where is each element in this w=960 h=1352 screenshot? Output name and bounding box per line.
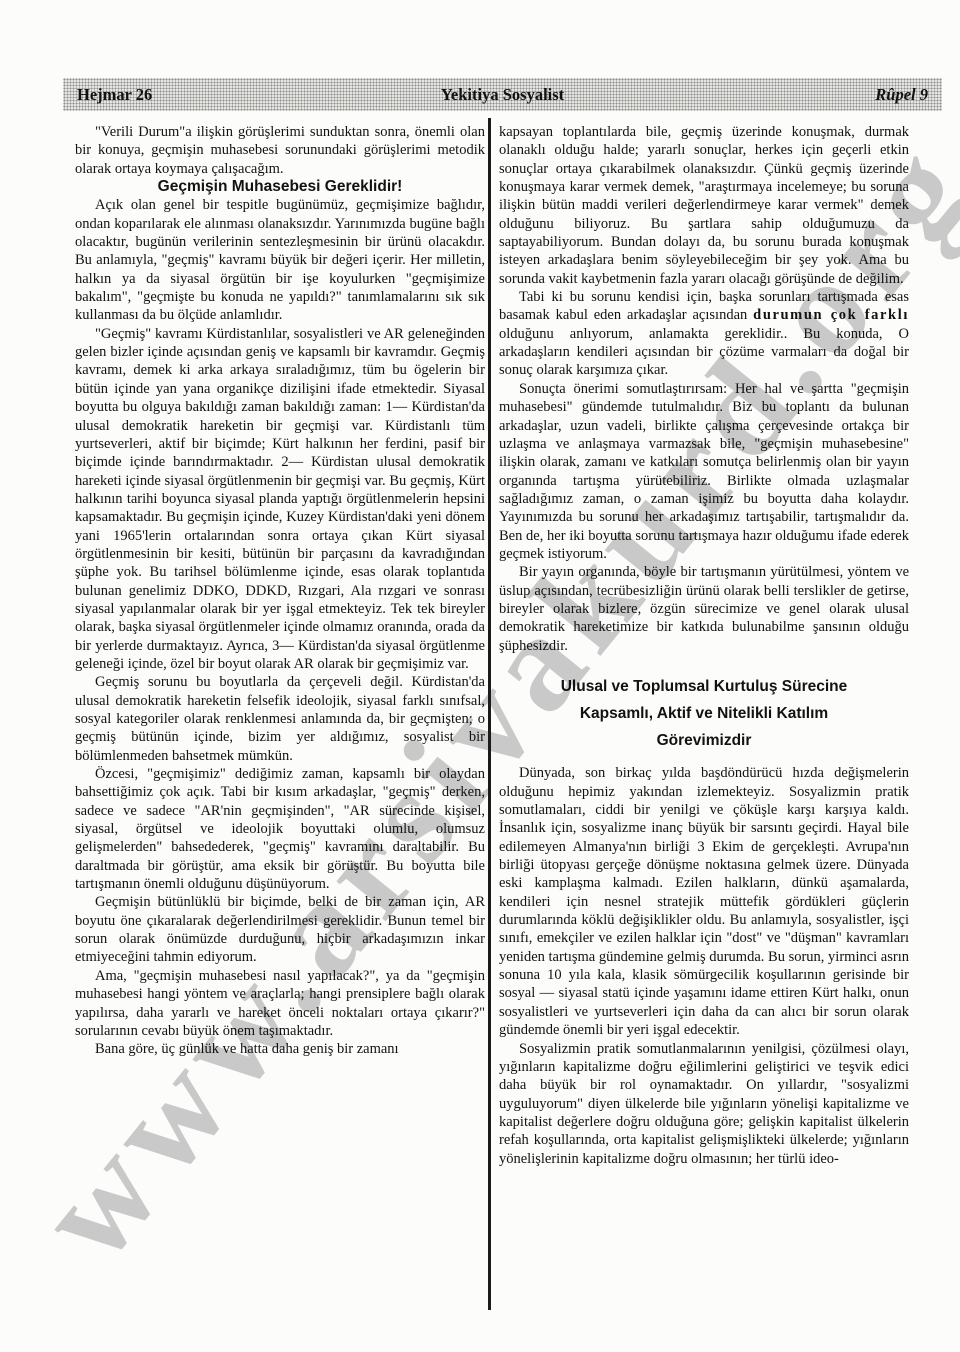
paragraph-text: olduğunu anlıyorum, anlamakta gereklidir… — [499, 326, 909, 379]
paragraph: "Verili Durum"a ilişkin görüşlerimi sund… — [75, 123, 485, 178]
heading-line: Ulusal ve Toplumsal Kurtuluş Sürecine — [499, 673, 909, 700]
header-band: Hejmar 26 Yekitiya Sosyalist Rûpel 9 — [63, 78, 942, 111]
column-divider — [488, 118, 491, 1310]
heading-line: Kapsamlı, Aktif ve Nitelikli Katılım — [499, 700, 909, 727]
right-column: kapsayan toplantılarda bile, geçmiş üzer… — [499, 123, 909, 1168]
paragraph: Dünyada, son birkaç yılda başdöndürücü h… — [499, 764, 909, 1039]
paragraph: Sonuçta önerimi somutlaştırırsam: Her ha… — [499, 380, 909, 563]
section-heading: Ulusal ve Toplumsal Kurtuluş Sürecine Ka… — [499, 673, 909, 754]
paragraph: Geçmiş sorunu bu boyutlarla da çerçeveli… — [75, 673, 485, 765]
section-heading: Geçmişin Muhasebesi Gereklidir! — [75, 178, 485, 196]
heading-line: Görevimizdir — [499, 727, 909, 754]
paragraph: Açık olan genel bir tespitle bugünümüz, … — [75, 196, 485, 324]
paragraph: kapsayan toplantılarda bile, geçmiş üzer… — [499, 123, 909, 288]
paragraph: Ama, "geçmişin muhasebesi nasıl yapılaca… — [75, 967, 485, 1040]
paragraph: "Geçmiş" kavramı Kürdistanlılar, sosyali… — [75, 325, 485, 674]
issue-number-label: Hejmar 26 — [77, 85, 152, 105]
paragraph: Bir yayın organında, böyle bir tartışman… — [499, 563, 909, 655]
paragraph: Sosyalizmin pratik somutlanmalarının yen… — [499, 1040, 909, 1168]
left-column: "Verili Durum"a ilişkin görüşlerimi sund… — [75, 123, 485, 1059]
page-number-label: Rûpel 9 — [875, 85, 928, 105]
paragraph: Geçmişin bütünlüklü bir biçimde, belki d… — [75, 893, 485, 966]
emphasized-text: durumun çok farklı — [753, 307, 909, 323]
paragraph: Özcesi, "geçmişimiz" dediğimiz zaman, ka… — [75, 765, 485, 893]
journal-title: Yekitiya Sosyalist — [441, 85, 564, 105]
scanned-magazine-page: www.arsivakurd.org Hejmar 26 Yekitiya So… — [0, 0, 960, 1352]
paragraph: Bana göre, üç günlük ve hatta daha geniş… — [75, 1040, 485, 1058]
paragraph: Tabi ki bu sorunu kendisi için, başka so… — [499, 288, 909, 380]
